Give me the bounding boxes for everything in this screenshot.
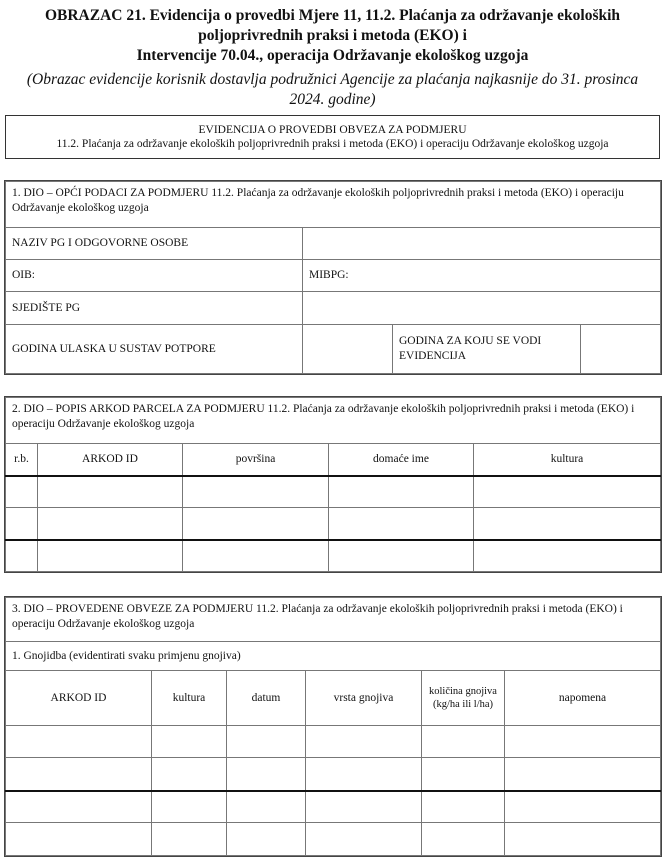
section1-general-data-table: 1. DIO – OPĆI PODACI ZA PODMJERU 11.2. P… <box>5 181 661 374</box>
section1-heading: 1. DIO – OPĆI PODACI ZA PODMJERU 11.2. P… <box>6 182 661 228</box>
kultura-cell[interactable] <box>474 476 661 508</box>
column-header-kolicina-gnojiva: količina gnojiva (kg/ha ili l/ha) <box>422 671 505 726</box>
column-header-povrsina: površina <box>183 444 329 476</box>
mibpg-field[interactable]: MIBPG: <box>303 260 661 292</box>
form-title-line-3: Intervencije 70.04., operacija Održavanj… <box>0 46 665 66</box>
column-header-kultura: kultura <box>152 671 227 726</box>
section2-arkod-parcels-table: 2. DIO – POPIS ARKOD PARCELA ZA PODMJERU… <box>5 397 661 572</box>
column-header-arkod-id: ARKOD ID <box>6 671 152 726</box>
table-row <box>6 758 661 791</box>
table-row <box>6 540 661 572</box>
domace-ime-cell[interactable] <box>329 540 474 572</box>
sjediste-pg-field[interactable] <box>303 292 661 325</box>
vrsta-gnojiva-cell[interactable] <box>306 823 422 856</box>
napomena-cell[interactable] <box>505 726 661 758</box>
column-header-vrsta-gnojiva: vrsta gnojiva <box>306 671 422 726</box>
form-title-line-2: poljoprivrednih praksi i metoda (EKO) i <box>0 26 665 46</box>
rb-cell[interactable] <box>6 540 38 572</box>
arkod-id-cell[interactable] <box>38 540 183 572</box>
oib-field[interactable]: OIB: <box>6 260 303 292</box>
form-subtitle-line-2: 2024. godine) <box>0 90 665 110</box>
napomena-cell[interactable] <box>505 823 661 856</box>
kultura-cell[interactable] <box>152 726 227 758</box>
column-header-arkod-id: ARKOD ID <box>38 444 183 476</box>
kultura-cell[interactable] <box>152 823 227 856</box>
table-row <box>6 791 661 823</box>
arkod-id-cell[interactable] <box>6 758 152 791</box>
vrsta-gnojiva-cell[interactable] <box>306 791 422 823</box>
kolicina-gnojiva-cell[interactable] <box>422 791 505 823</box>
table-row <box>6 476 661 508</box>
kolicina-gnojiva-cell[interactable] <box>422 823 505 856</box>
napomena-cell[interactable] <box>505 758 661 791</box>
kolicina-gnojiva-cell[interactable] <box>422 758 505 791</box>
vrsta-gnojiva-cell[interactable] <box>306 726 422 758</box>
column-header-kultura: kultura <box>474 444 661 476</box>
kultura-cell[interactable] <box>152 758 227 791</box>
kultura-cell[interactable] <box>474 540 661 572</box>
kultura-cell[interactable] <box>474 508 661 540</box>
datum-cell[interactable] <box>227 726 306 758</box>
column-header-datum: datum <box>227 671 306 726</box>
evidence-header-line-2: 11.2. Plaćanja za održavanje ekoloških p… <box>6 137 659 151</box>
oib-label: OIB: <box>12 269 35 281</box>
form-title-line-1: OBRAZAC 21. Evidencija o provedbi Mjere … <box>0 6 665 26</box>
kultura-cell[interactable] <box>152 791 227 823</box>
godina-evidencije-field[interactable] <box>581 325 661 374</box>
column-header-domace-ime: domaće ime <box>329 444 474 476</box>
mibpg-label: MIBPG: <box>309 269 349 281</box>
napomena-cell[interactable] <box>505 791 661 823</box>
naziv-pg-field[interactable] <box>303 228 661 260</box>
domace-ime-cell[interactable] <box>329 476 474 508</box>
column-header-napomena: napomena <box>505 671 661 726</box>
fertilization-subheading: 1. Gnojidba (evidentirati svaku primjenu… <box>6 642 661 671</box>
godina-ulaska-label: GODINA ULASKA U SUSTAV POTPORE <box>6 325 303 374</box>
evidence-header-line-1: EVIDENCIJA O PROVEDBI OBVEZA ZA PODMJERU <box>6 123 659 137</box>
evidence-header-box: EVIDENCIJA O PROVEDBI OBVEZA ZA PODMJERU… <box>5 115 660 159</box>
arkod-id-cell[interactable] <box>6 791 152 823</box>
table-row <box>6 508 661 540</box>
datum-cell[interactable] <box>227 823 306 856</box>
arkod-id-cell[interactable] <box>6 726 152 758</box>
column-header-rb: r.b. <box>6 444 38 476</box>
godina-ulaska-field[interactable] <box>303 325 393 374</box>
section2-heading: 2. DIO – POPIS ARKOD PARCELA ZA PODMJERU… <box>6 398 661 444</box>
godina-evidencije-label: GODINA ZA KOJU SE VODI EVIDENCIJA <box>393 325 581 374</box>
arkod-id-cell[interactable] <box>6 823 152 856</box>
table-row <box>6 823 661 856</box>
section3-heading: 3. DIO – PROVEDENE OBVEZE ZA PODMJERU 11… <box>6 598 661 642</box>
povrsina-cell[interactable] <box>183 508 329 540</box>
povrsina-cell[interactable] <box>183 476 329 508</box>
arkod-id-cell[interactable] <box>38 476 183 508</box>
vrsta-gnojiva-cell[interactable] <box>306 758 422 791</box>
domace-ime-cell[interactable] <box>329 508 474 540</box>
sjediste-pg-label: SJEDIŠTE PG <box>6 292 303 325</box>
povrsina-cell[interactable] <box>183 540 329 572</box>
datum-cell[interactable] <box>227 791 306 823</box>
rb-cell[interactable] <box>6 508 38 540</box>
section3-obligations-table: 3. DIO – PROVEDENE OBVEZE ZA PODMJERU 11… <box>5 597 661 856</box>
datum-cell[interactable] <box>227 758 306 791</box>
kolicina-gnojiva-cell[interactable] <box>422 726 505 758</box>
arkod-id-cell[interactable] <box>38 508 183 540</box>
table-row <box>6 726 661 758</box>
form-subtitle-line-1: (Obrazac evidencije korisnik dostavlja p… <box>0 70 665 90</box>
naziv-pg-label: NAZIV PG I ODGOVORNE OSOBE <box>6 228 303 260</box>
rb-cell[interactable] <box>6 476 38 508</box>
